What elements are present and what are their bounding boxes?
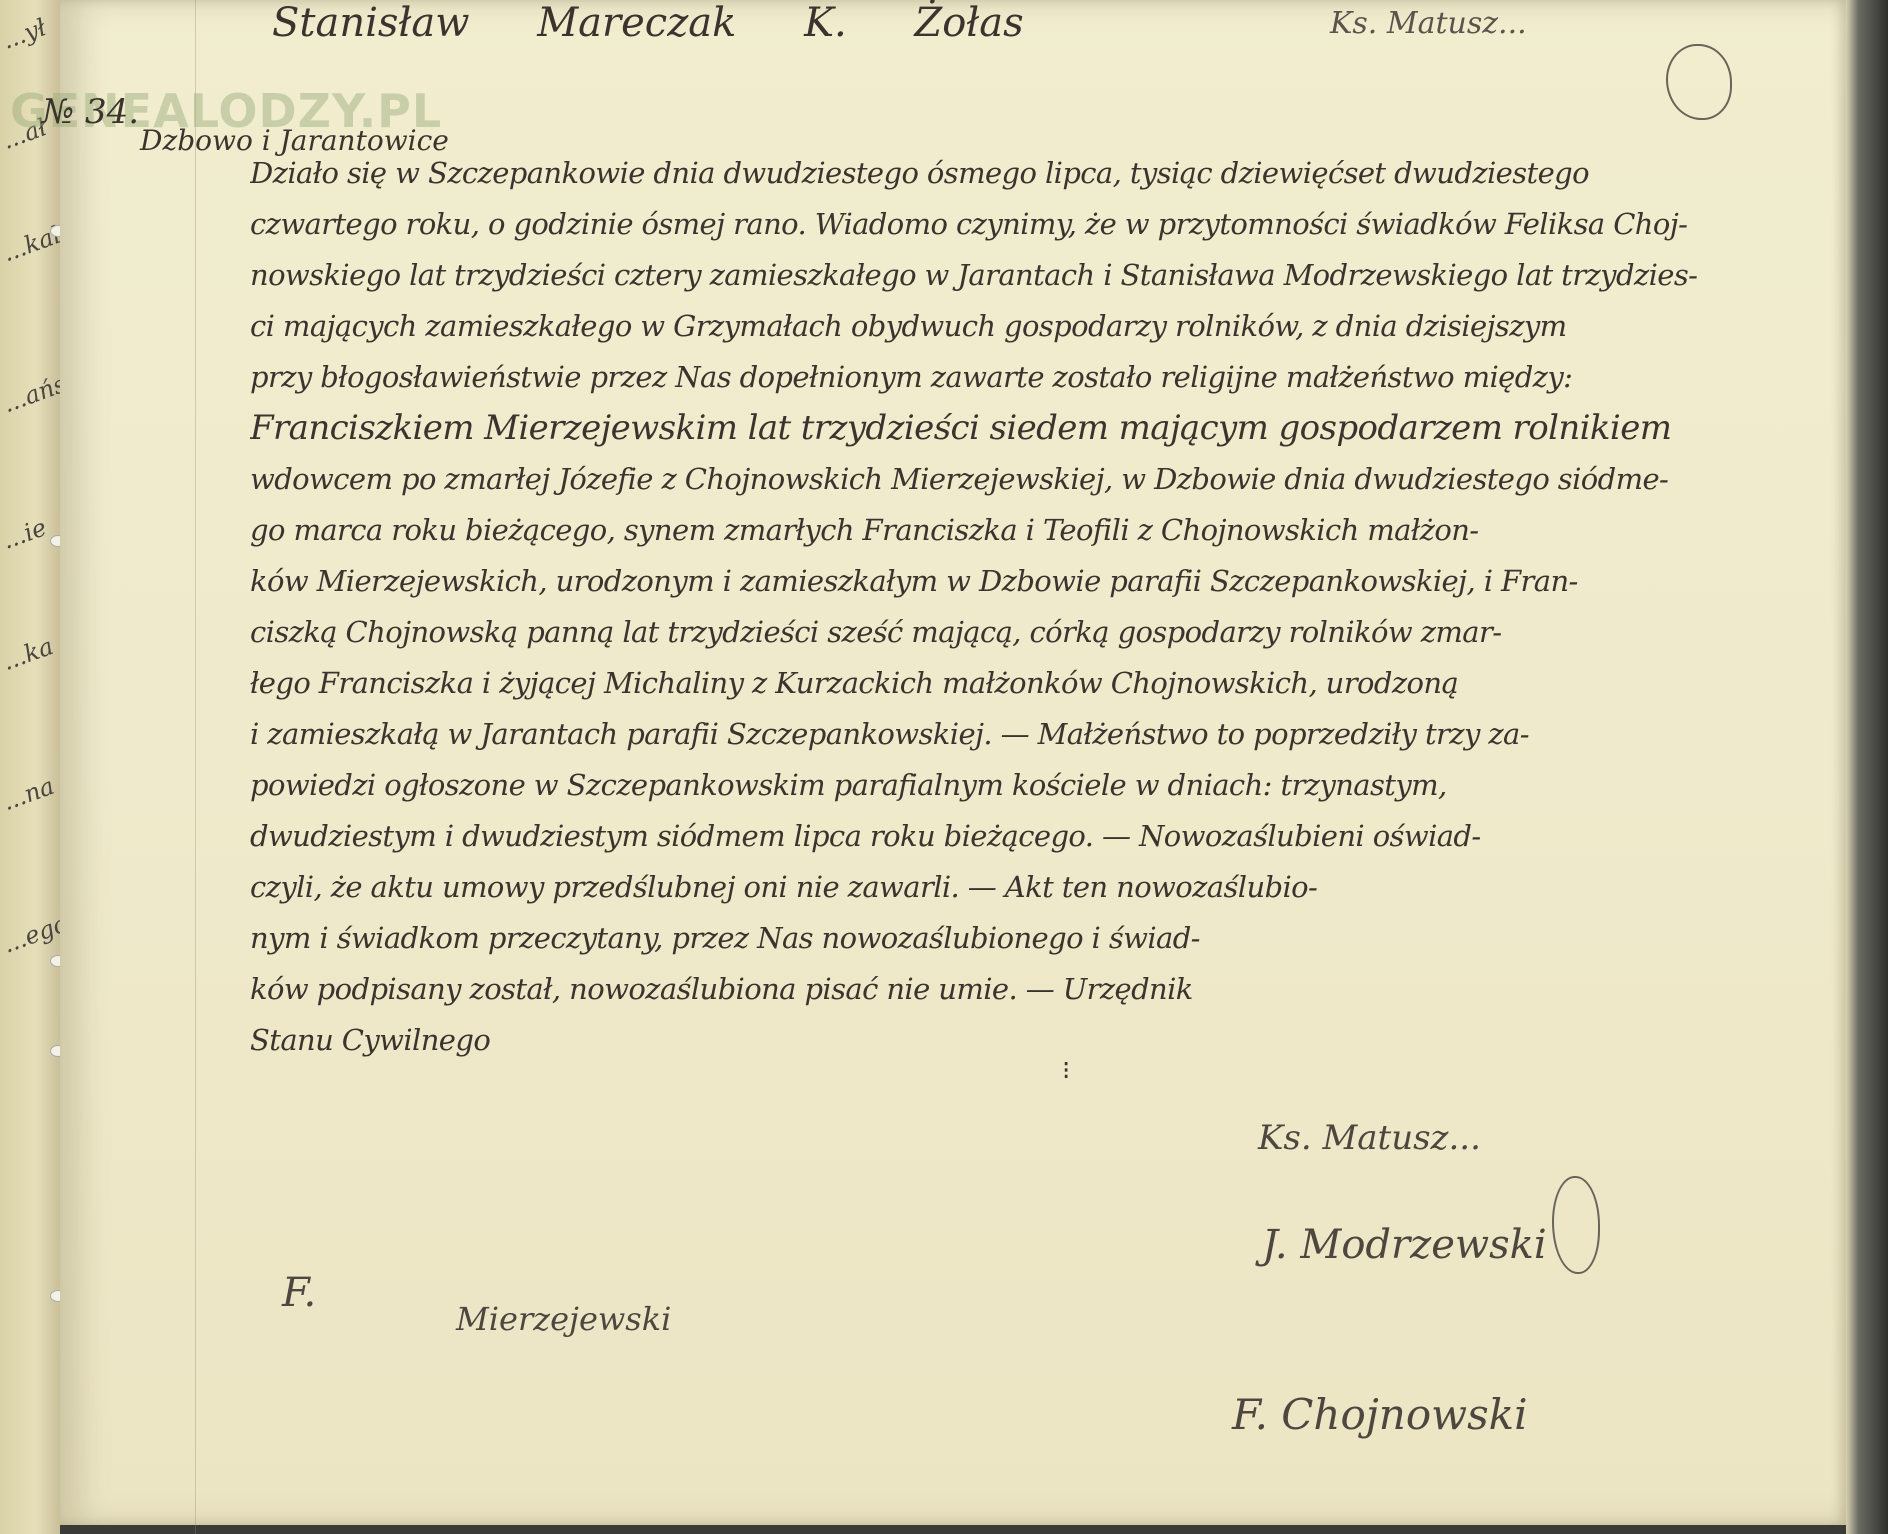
header-name: Stanisław (272, 0, 469, 46)
entry-number: № 34. (42, 92, 139, 132)
entry-line: dwudziestym i dwudziestym siódmem lipca … (250, 811, 1840, 862)
header-name: Mareczak (537, 0, 736, 46)
entry-line: ków podpisany został, nowozaślubiona pis… (250, 964, 1840, 1015)
seal-flourish-icon (1552, 1176, 1600, 1274)
entry-line: łego Franciszka i żyjącej Michaliny z Ku… (250, 658, 1840, 709)
entry-line: ków Mierzejewskich, urodzonym i zamieszk… (250, 556, 1840, 607)
entry-line: czyli, że aktu umowy przedślubnej oni ni… (250, 862, 1840, 913)
header-name: Żołas (914, 0, 1023, 46)
entry-line: ciszką Chojnowską panną lat trzydzieści … (250, 607, 1840, 658)
entry-line: Franciszkiem Mierzejewskim lat trzydzieś… (250, 403, 1840, 454)
entry-line: nym i świadkom przeczytany, przez Nas no… (250, 913, 1840, 964)
entry-line: nowskiego lat trzydzieści cztery zamiesz… (250, 250, 1840, 301)
right-page-edge (1846, 0, 1888, 1534)
left-page-fragment: ...ka (0, 632, 57, 676)
witness-signature: F. Chojnowski (1232, 1390, 1528, 1439)
entry-line: czwartego roku, o godzinie ósmej rano. W… (250, 199, 1840, 250)
ellipsis-mark: ⁝ (1062, 1056, 1070, 1086)
seal-flourish-icon (1666, 44, 1732, 120)
entry-line: Stanu Cywilnego (250, 1015, 1840, 1066)
entry-line: Działo się w Szczepankowie dnia dwudzies… (250, 148, 1840, 199)
witness-signature: J. Modrzewski (1262, 1222, 1547, 1268)
entry-line: przy błogosławieństwie przez Nas dopełni… (250, 352, 1840, 403)
left-page-fragment: ...na (0, 772, 58, 816)
priest-signature: Ks. Matusz... (1258, 1118, 1481, 1158)
header-name: K. (804, 0, 847, 46)
bride-mark: F. (282, 1270, 316, 1316)
priest-signature-top: Ks. Matusz... (1330, 6, 1527, 41)
left-page-fragment: ...ył (0, 13, 50, 54)
left-page-fragment: ...ie (0, 513, 50, 555)
entry-line: i zamieszkałą w Jarantach parafii Szczep… (250, 709, 1840, 760)
margin-rule (195, 0, 196, 1534)
entry-line: ci mających zamieszkałego w Grzymałach o… (250, 301, 1840, 352)
entry-line: go marca roku bieżącego, synem zmarłych … (250, 505, 1840, 556)
entry-line: wdowcem po zmarłej Józefie z Chojnowskic… (250, 454, 1840, 505)
previous-entry-signatures: Stanisław Mareczak K. Żołas (272, 0, 1079, 46)
entry-body: Działo się w Szczepankowie dnia dwudzies… (250, 148, 1840, 1066)
groom-signature: Mierzejewski (456, 1300, 671, 1338)
entry-line: powiedzi ogłoszone w Szczepankowskim par… (250, 760, 1840, 811)
